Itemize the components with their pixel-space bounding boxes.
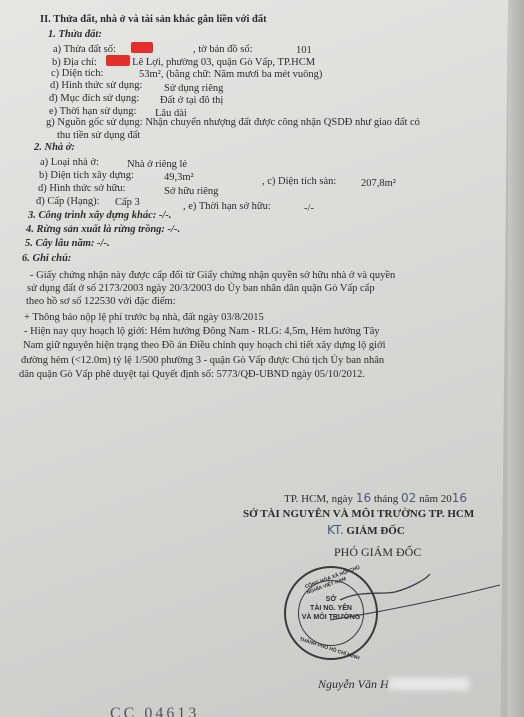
signer-name-text: Nguyễn Văn H xyxy=(318,677,389,691)
signer-name: Nguyễn Văn H xyxy=(318,677,469,692)
serial-number: CC 04613 xyxy=(110,708,199,717)
blurred-name xyxy=(389,678,469,690)
signature-stroke xyxy=(0,0,524,717)
